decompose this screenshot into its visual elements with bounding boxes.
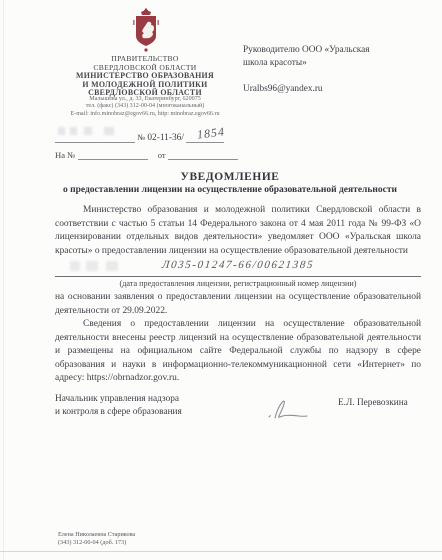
license-ruled-line (55, 276, 421, 277)
license-line-caption: (дата предоставления лицензии, регистрац… (55, 279, 421, 288)
coat-of-arms-sverdlovsk-icon (129, 8, 163, 54)
letterhead-org-block: ПРАВИТЕЛЬСТВО СВЕРДЛОВСКОЙ ОБЛАСТИ МИНИС… (20, 55, 270, 98)
date-underline (55, 131, 135, 143)
incoming-number-underline (78, 148, 148, 160)
signatory-position-line: Начальник управления надзора (55, 393, 245, 406)
recipient-line: школа красоты» (243, 57, 433, 70)
document-title: УВЕДОМЛЕНИЕ (30, 171, 430, 183)
signature-stroke (255, 393, 325, 425)
recipient-block: Руководителю ООО «Уральская школа красот… (243, 44, 433, 96)
executor-phone: (343) 312-00-04 (доб. 173) (58, 539, 258, 547)
body-paragraph-2: на основании заявления о предоставлении … (55, 291, 421, 318)
letterhead-phone: тел. (факс) (343) 312-00-04 (многоканаль… (20, 103, 270, 110)
letterhead-contact-block: Малышева ул., д. 33, Екатеринбург, 62007… (20, 96, 270, 118)
body-paragraph-1: Министерство образования и молодежной по… (55, 204, 421, 258)
incoming-date-underline (168, 148, 238, 160)
handwritten-signature (255, 393, 325, 425)
document-subtitle: о предоставлении лицензии на осуществлен… (30, 185, 430, 195)
coat-of-arms-svg (129, 8, 163, 54)
executor-name: Елена Николаевна Старикова (58, 531, 258, 539)
recipient-line: Руководителю ООО «Уральская (243, 44, 433, 57)
body-paragraph-3: Сведения о предоставлении лицензии на ос… (55, 318, 421, 386)
signatory-position: Начальник управления надзора и контроля … (55, 393, 245, 419)
handwritten-license-number: Л035-01247-66/00621385 (54, 259, 421, 271)
outgoing-number: 02-11-36/ (147, 133, 184, 143)
recipient-email: Uralbs96@yandex.ru (243, 83, 433, 96)
signatory-name: Е.Л. Перевозкина (338, 398, 438, 408)
signatory-position-line: и контроля в сфере образования (55, 406, 245, 419)
incoming-number-line: На № от (55, 148, 385, 160)
executor-contact-block: Елена Николаевна Старикова (343) 312-00-… (58, 531, 258, 546)
ot-label: от (158, 150, 166, 160)
letterhead-email: E-mail: info.minobraz@egov66.ru, http: m… (20, 111, 270, 118)
number-sign: № (137, 133, 145, 142)
scanned-letter-page: ПРАВИТЕЛЬСТВО СВЕРДЛОВСКОЙ ОБЛАСТИ МИНИС… (0, 0, 442, 560)
na-no-label: На № (55, 150, 75, 160)
